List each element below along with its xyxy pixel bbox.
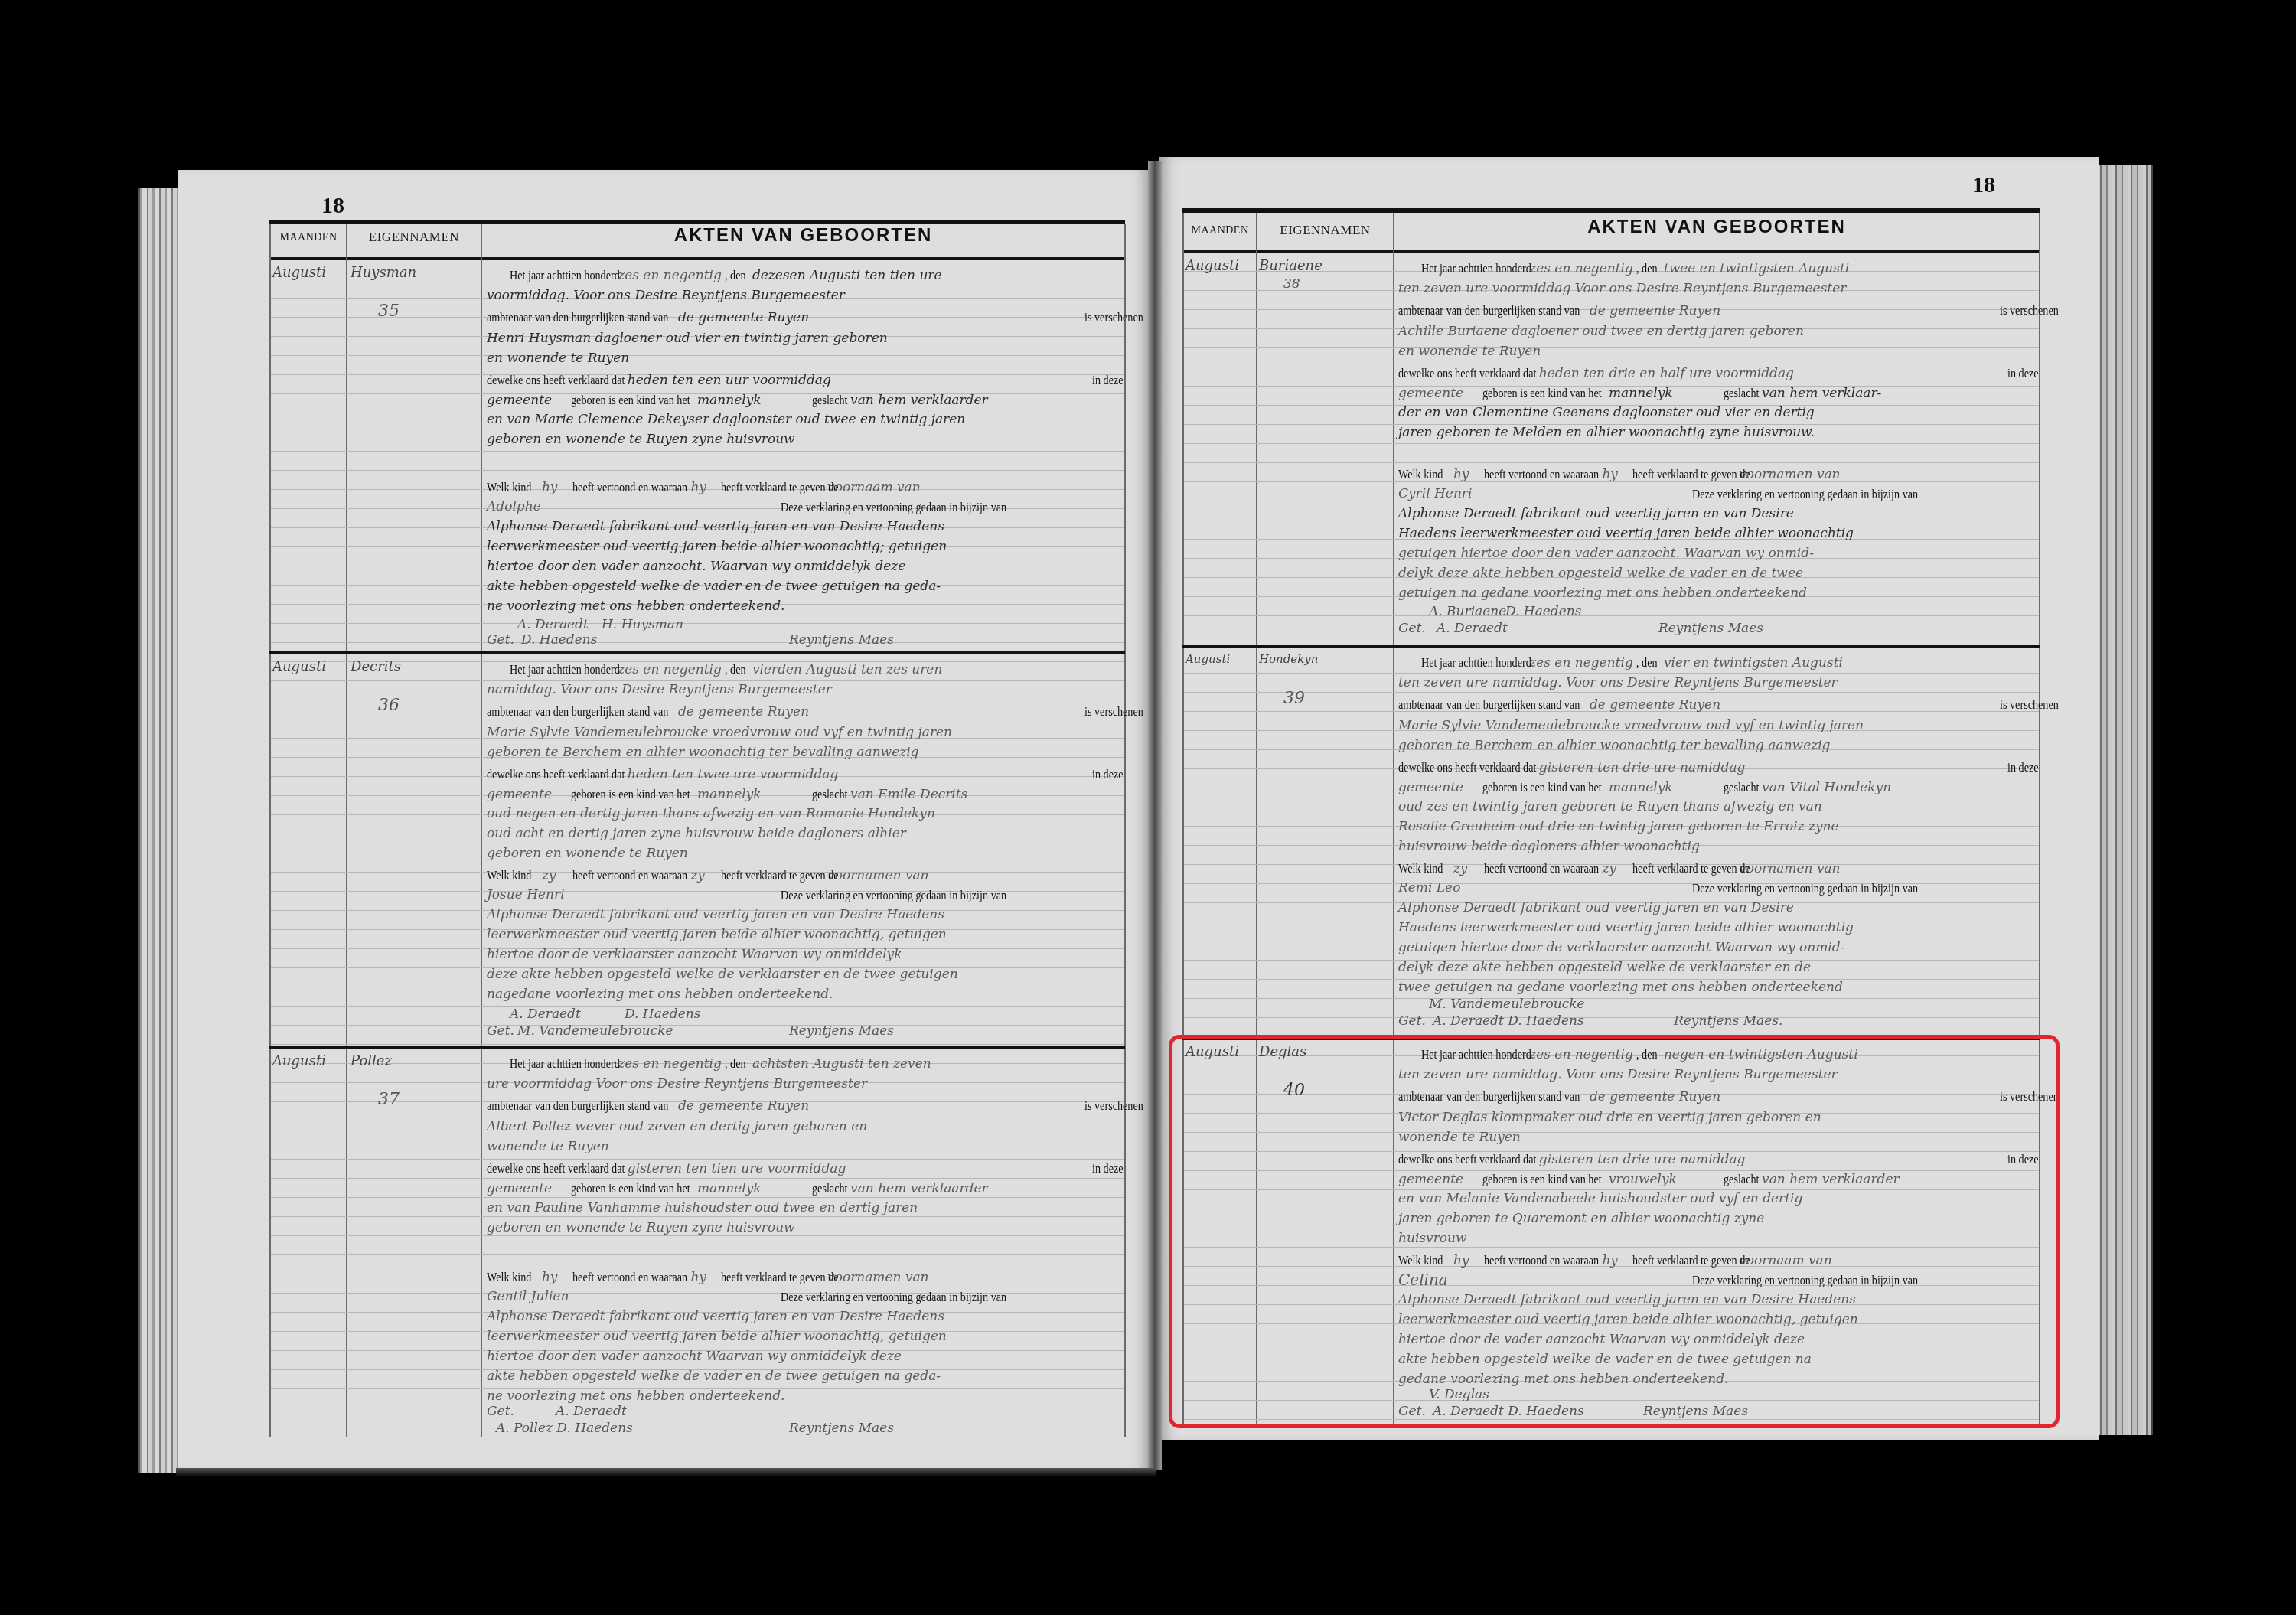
right-header-maanden: Maanden (1184, 225, 1256, 237)
right-header-eigennamen: Eigennamen (1257, 223, 1393, 238)
left-header-eigennamen: Eigennamen (347, 230, 481, 245)
entry-number: 36 (378, 696, 400, 715)
signature: A. Deraedt (1437, 621, 1508, 636)
signature: Get. (1398, 621, 1426, 636)
entry-number: 38 (1283, 276, 1300, 292)
entry-surname: Buriaene (1259, 258, 1322, 274)
entry-number: 39 (1283, 689, 1305, 708)
entry-month: Augusti (272, 265, 326, 281)
entry-body: Het jaar achttien honderd zes en negenti… (487, 656, 1122, 1042)
entry-number: 35 (378, 302, 400, 321)
signature: D. Haedens (521, 632, 597, 648)
signature: D. Haedens (1505, 604, 1581, 619)
signature: A. Deraedt (510, 1007, 581, 1022)
left-page-number: 18 (321, 193, 344, 219)
entry-body: Het jaar achttien honderd zes en negenti… (1398, 649, 2037, 1036)
signature: A. Deraedt (517, 617, 589, 632)
signature: A. Deraedt D. Haedens (1433, 1013, 1584, 1029)
right-header-top-rule (1182, 208, 2040, 213)
entry-body: Het jaar achttien honderd zes en negenti… (1398, 255, 2037, 641)
left-header-top-rule (269, 220, 1125, 224)
right-header-title: AKTEN VAN GEBOORTEN (1394, 217, 2039, 238)
signature: Reyntjens Maes (1658, 621, 1763, 636)
signature: A. Deraedt (556, 1404, 627, 1419)
entry-surname: Pollez (351, 1053, 392, 1069)
signature: Get. (1398, 1013, 1426, 1029)
entry-surname: Huysman (351, 265, 416, 281)
entry-month: Augusti (272, 1053, 326, 1069)
signature: Get. (487, 1023, 514, 1039)
entry-month: Augusti (1186, 258, 1239, 274)
signature: Reyntjens Maes (789, 1421, 894, 1436)
signature: H. Huysman (602, 617, 683, 632)
birth-record-entry[interactable]: Augusti Hondekyn 39 Het jaar achttien ho… (1184, 649, 2039, 1036)
birth-record-entry[interactable]: Augusti Huysman 35 Het jaar achttien hon… (271, 262, 1124, 648)
signature: Reyntjens Maes (789, 632, 894, 648)
signature: M. Vandemeulebroucke (1429, 997, 1585, 1012)
right-page-number: 18 (1972, 172, 1995, 198)
entry-body: Het jaar achttien honderd zes en negenti… (487, 262, 1122, 648)
signature: Get. (487, 1404, 514, 1419)
entry-body: Het jaar achttien honderd zes en negenti… (487, 1050, 1122, 1437)
entry-month: Augusti (1186, 652, 1230, 666)
birth-record-entry[interactable]: Augusti Pollez 37 Het jaar achttien hond… (271, 1050, 1124, 1437)
entry-surname: Hondekyn (1259, 652, 1318, 666)
right-entry-separator-1 (1182, 645, 2040, 648)
right-page-edges (2097, 165, 2153, 1435)
signature: M. Vandemeulebroucke (517, 1023, 673, 1039)
book-gutter (1148, 161, 1162, 1470)
signature: A. Pollez D. Haedens (496, 1421, 633, 1436)
book-bottom-shadow (176, 1468, 1156, 1477)
left-entry-separator-2 (269, 1046, 1125, 1049)
birth-record-entry[interactable]: Augusti Buriaene 38 Het jaar achttien ho… (1184, 255, 2039, 641)
left-table-border-right (1124, 224, 1126, 1437)
entry-surname: Decrits (351, 659, 401, 675)
signature: Reyntjens Maes. (1674, 1013, 1782, 1029)
signature: D. Haedens (625, 1007, 700, 1022)
left-header-maanden: Maanden (271, 232, 346, 244)
left-entry-separator-1 (269, 651, 1125, 654)
highlight-box (1169, 1035, 2060, 1428)
entry-month: Augusti (272, 659, 326, 675)
signature: A. Buriaene (1429, 604, 1506, 619)
entry-number: 37 (378, 1090, 400, 1109)
signature: Reyntjens Maes (789, 1023, 894, 1039)
left-header-title: AKTEN VAN GEBOORTEN (482, 225, 1124, 246)
birth-record-entry[interactable]: Augusti Decrits 36 Het jaar achttien hon… (271, 656, 1124, 1042)
signature: Get. (487, 632, 514, 648)
